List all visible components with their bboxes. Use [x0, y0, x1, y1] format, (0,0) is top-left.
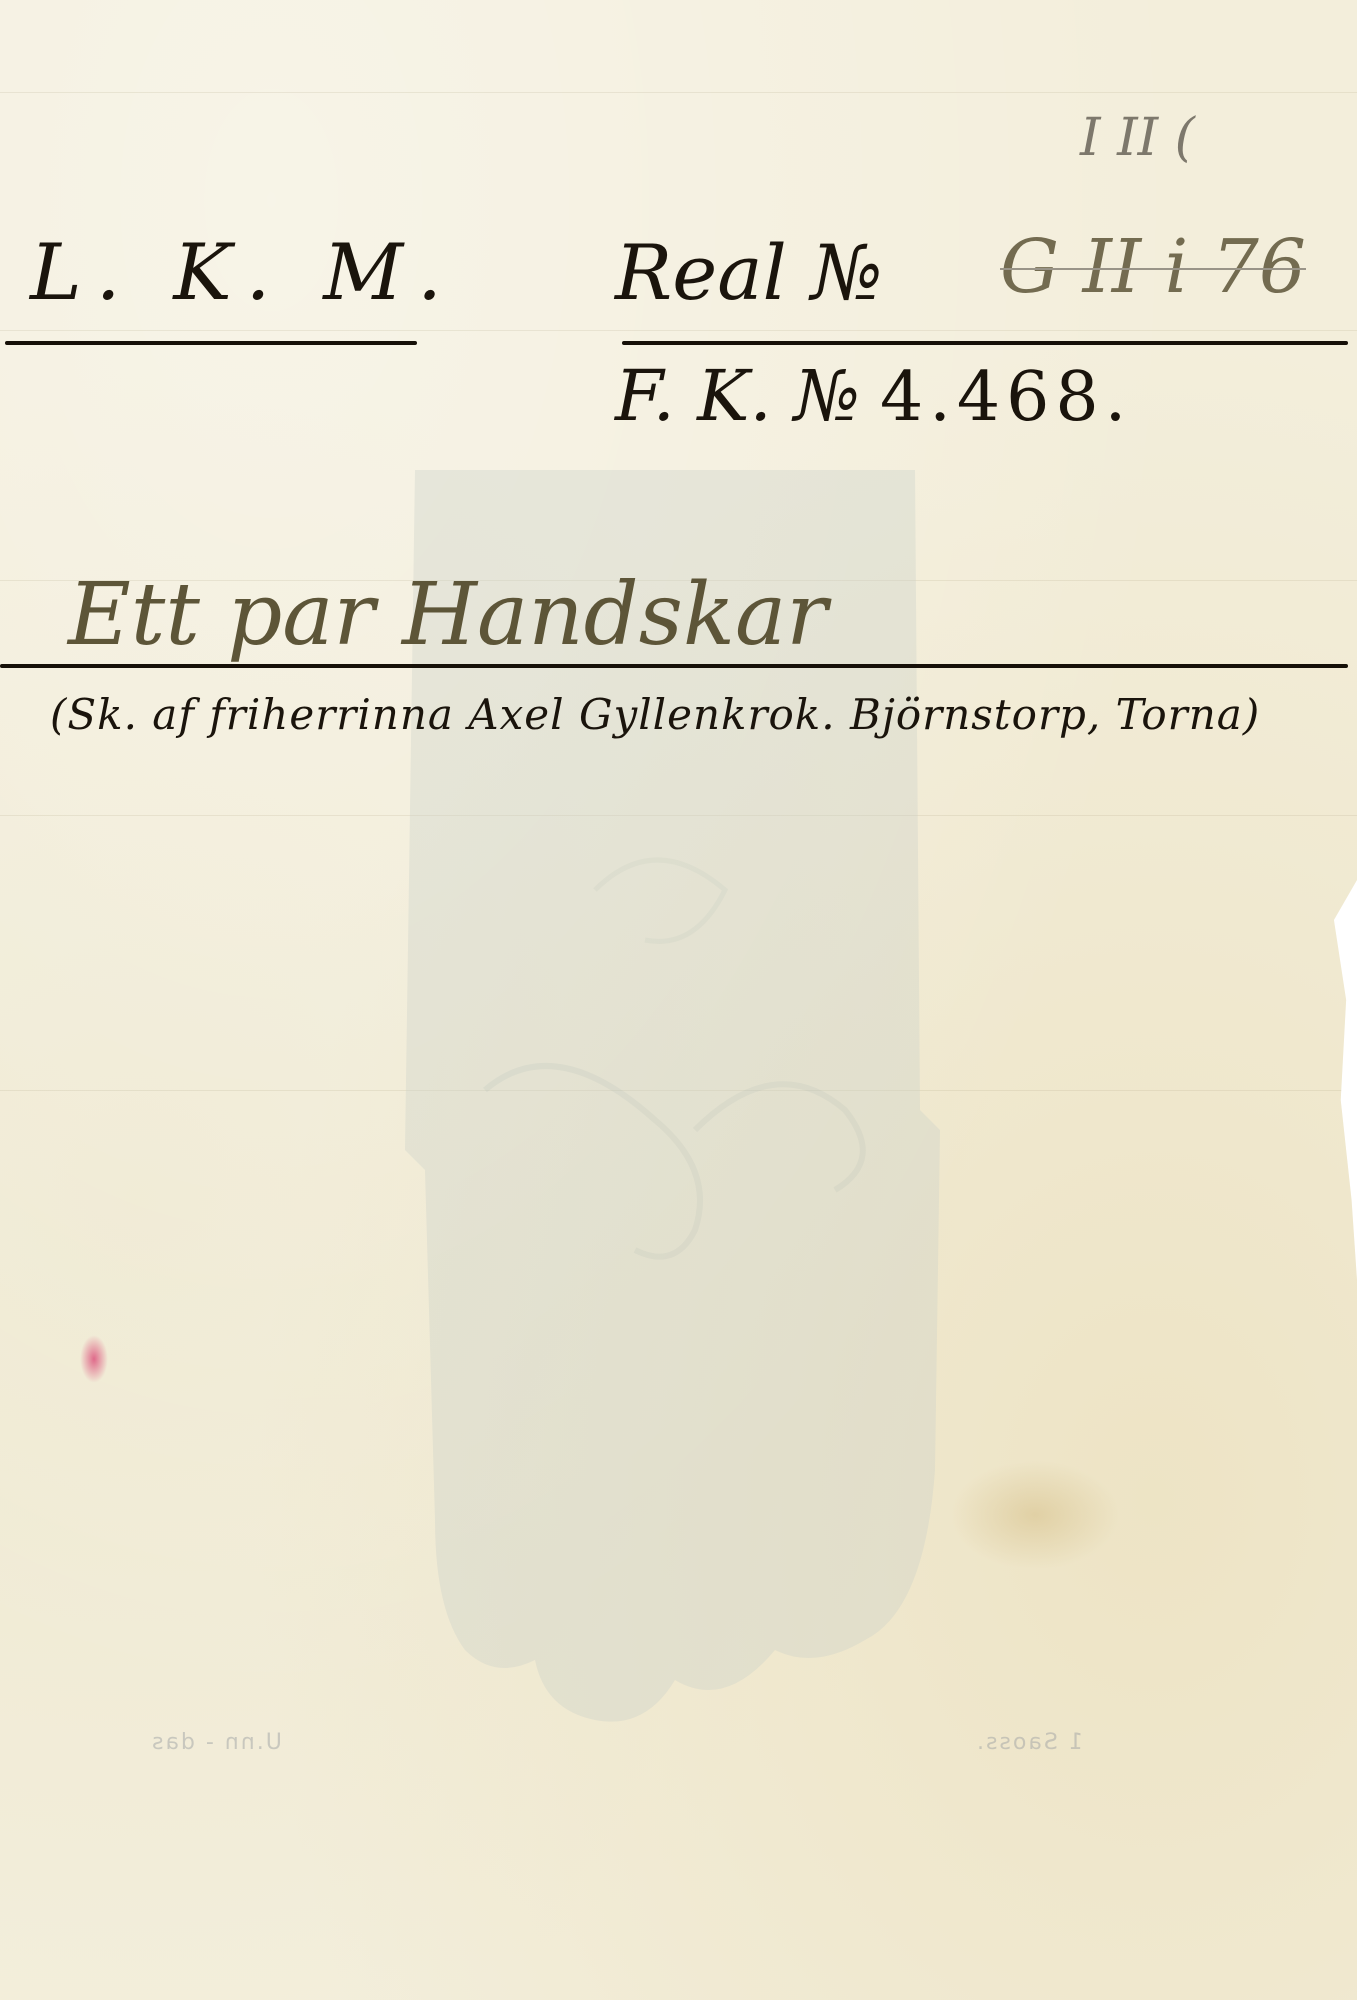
faint-bleedthrough-text-left: U.nn - das	[150, 1730, 282, 1755]
faint-bleedthrough-text-right: 1 Saoss.	[975, 1730, 1083, 1755]
ruled-line	[0, 1090, 1357, 1091]
header-left-label: L. K. M.	[30, 228, 456, 318]
age-stain	[950, 1460, 1120, 1570]
ruled-line	[0, 815, 1357, 816]
header-right-underline	[622, 341, 1348, 345]
ruled-line	[0, 92, 1357, 93]
real-number-label: Real №	[615, 228, 883, 317]
real-number-value: G II i 76	[1000, 224, 1306, 310]
header-left-underline	[5, 341, 417, 345]
fk-number-value: 4.468.	[880, 358, 1132, 437]
title-underline	[0, 664, 1348, 668]
provenance-note: (Sk. af friherrinna Axel Gyllenkrok. Bjö…	[50, 690, 1260, 739]
ruled-line	[0, 330, 1357, 331]
red-ink-speck	[80, 1335, 108, 1383]
object-title: Ett par Handskar	[68, 565, 827, 665]
paper-card: I II ( L. K. M. Real № G II i 76 F. K. №…	[0, 0, 1357, 2000]
fk-number-label: F. K. №	[615, 355, 860, 437]
pencil-mark: I II (	[1080, 108, 1195, 168]
